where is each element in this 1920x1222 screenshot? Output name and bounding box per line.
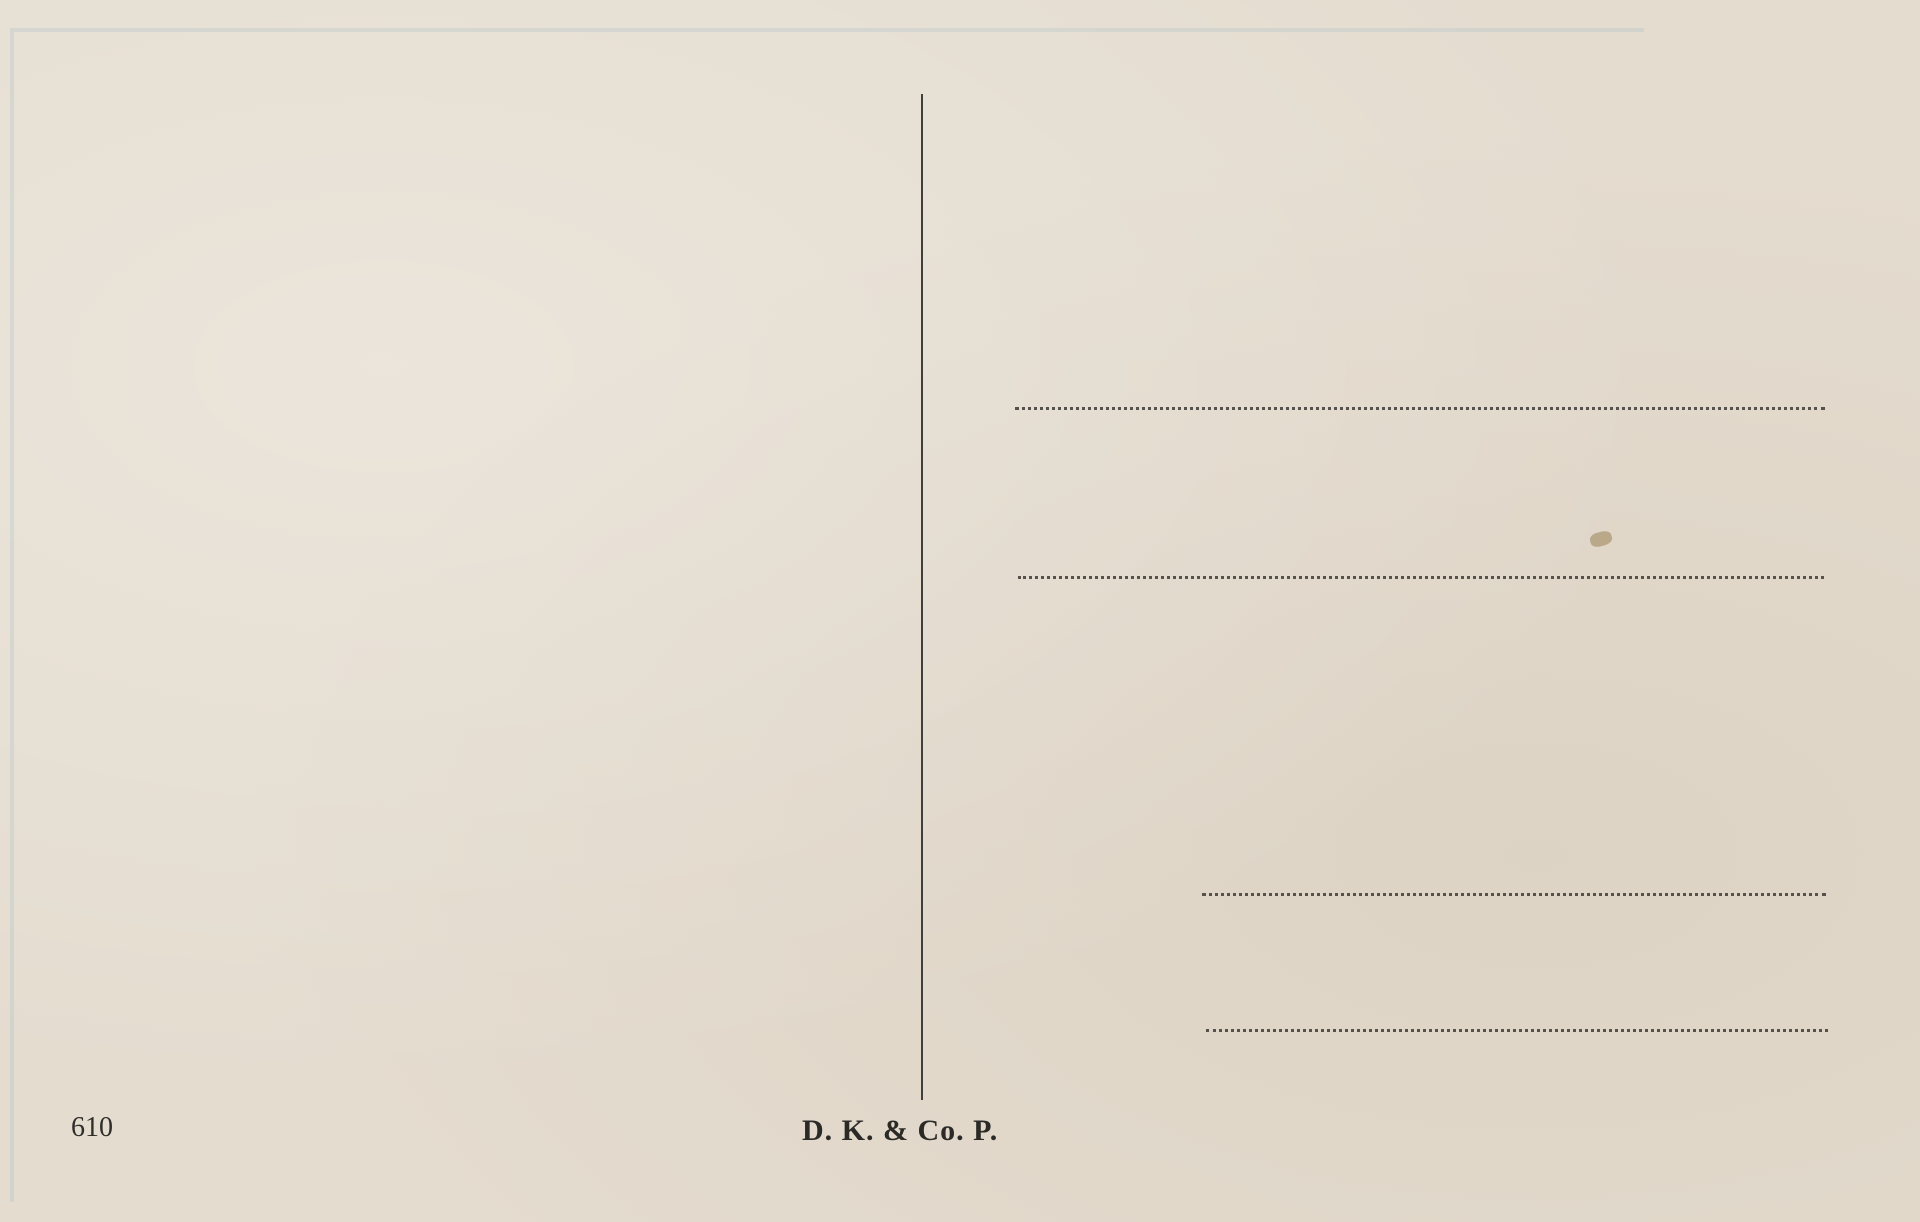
stain-mark <box>1589 529 1614 548</box>
postcard-back: 610 D. K. & Co. P. <box>0 0 1920 1222</box>
address-line-1 <box>1015 407 1825 410</box>
address-line-3 <box>1202 893 1826 896</box>
publisher-mark: D. K. & Co. P. <box>802 1114 998 1148</box>
faded-print-border <box>10 28 1644 1202</box>
address-line-2 <box>1018 576 1824 579</box>
center-divider-line <box>921 94 923 1100</box>
address-line-4 <box>1206 1029 1828 1032</box>
serial-number: 610 <box>71 1112 113 1144</box>
